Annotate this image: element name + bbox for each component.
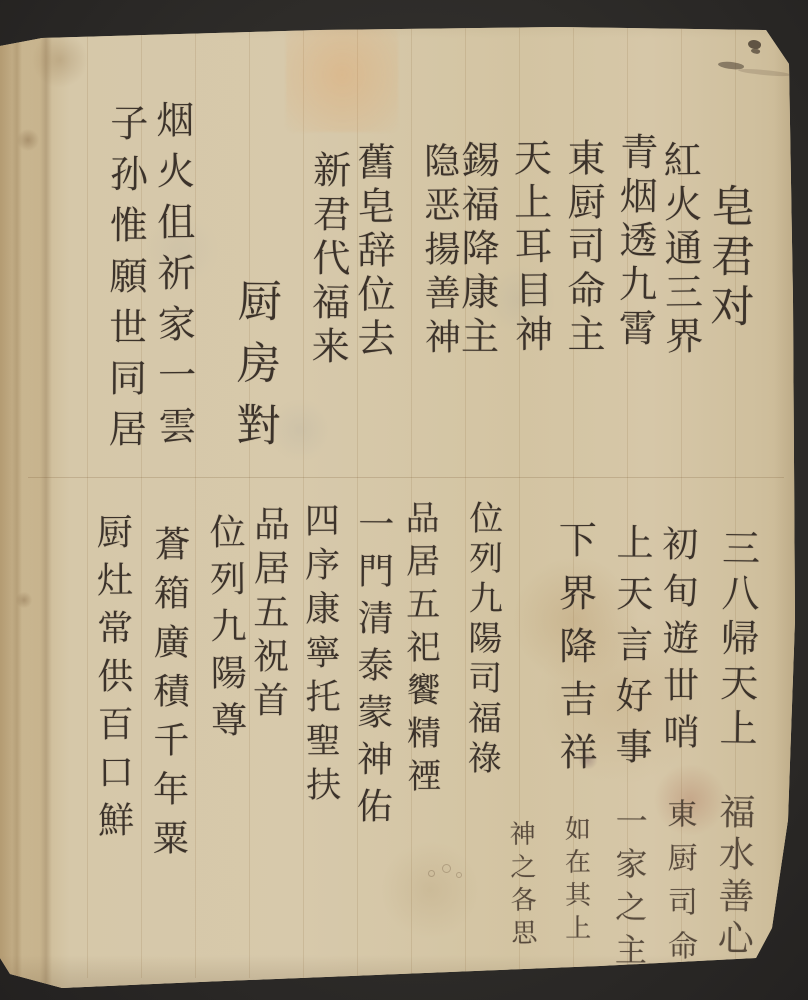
ink-smudge	[747, 38, 762, 51]
column-main-text: 上天言好事	[609, 523, 653, 778]
text-column: 三八帰天上福水善心	[713, 528, 757, 961]
text-column: 青烟透九霄	[615, 132, 655, 352]
text-column: 錫福降康主	[457, 140, 496, 360]
text-column: 一門清泰蒙神佑	[353, 505, 391, 834]
text-column: 上天言好事一家之主	[611, 523, 650, 976]
text-column: 位列九陽尊	[206, 513, 244, 748]
text-column: 蒼箱廣積千年粟	[149, 525, 187, 868]
text-column: 天上耳目神	[510, 138, 550, 358]
scanned-manuscript: 皂君对 紅火通三界 青烟透九霄 東厨司命主 天上耳目神 錫福降康主 隐恶揚善神 …	[0, 0, 808, 1000]
text-column: 下界降吉祥如在其上	[555, 520, 594, 947]
text-column: 四序康寧托聖扶	[301, 502, 338, 810]
book-gutter	[0, 30, 58, 990]
text-column: 紅火通三界	[660, 140, 700, 360]
column-main-text: 三八帰天上	[713, 528, 760, 754]
column-main-text: 初旬遊丗哨	[657, 525, 699, 760]
column-sub-text: 一家之主	[610, 804, 649, 976]
text-column: 初旬遊丗哨東厨司命	[659, 525, 697, 974]
ink-smudge	[738, 67, 790, 77]
text-column: 隐恶揚善神	[420, 142, 457, 362]
ink-dot-marks	[428, 862, 468, 884]
seal-stain	[286, 28, 398, 132]
text-column: 品居五祝首	[249, 505, 287, 725]
text-column: 位列九陽司福祿	[464, 500, 500, 780]
column-sub-text: 東厨司命	[661, 798, 697, 974]
text-column: 子孙惟願世同居	[105, 103, 145, 460]
text-column: 烟火伹祈家一雲	[153, 100, 193, 457]
text-column: 神之各思	[507, 820, 535, 952]
text-column: 新君代福来	[308, 150, 348, 370]
text-column: 舊皂辞位去	[354, 142, 392, 362]
text-column: 品居五祀饗精禋	[402, 500, 438, 801]
text-column: 東厨司命主	[564, 138, 602, 358]
horizontal-crease	[28, 477, 784, 478]
manuscript-page: 皂君对 紅火通三界 青烟透九霄 東厨司命主 天上耳目神 錫福降康主 隐恶揚善神 …	[0, 0, 808, 1000]
column-sub-text: 福水善心	[712, 793, 755, 962]
column-sub-text: 如在其上	[560, 815, 590, 947]
column-main-text: 下界降吉祥	[552, 520, 597, 785]
text-column: 厨灶常供百口鮮	[93, 513, 131, 849]
section-heading-chufang: 厨房對	[231, 278, 277, 464]
section-heading-zaojun: 皂君对	[705, 183, 750, 333]
